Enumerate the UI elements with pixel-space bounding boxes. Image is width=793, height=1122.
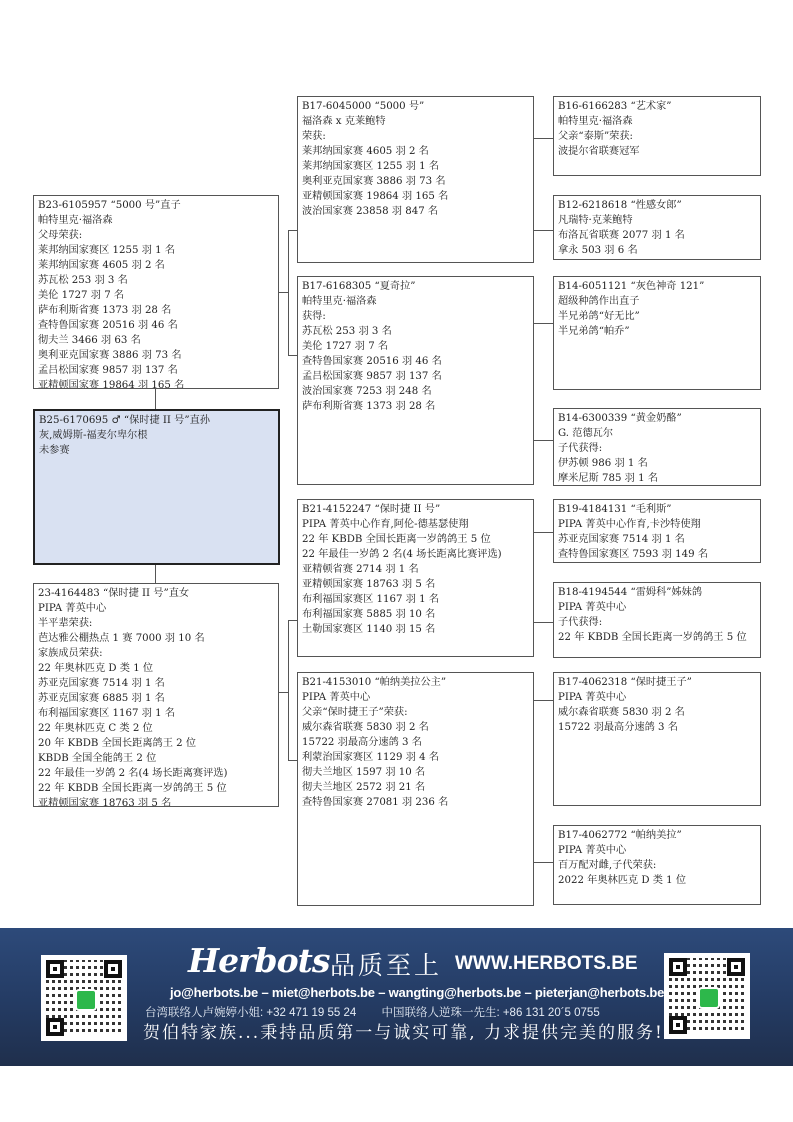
card-line: B19-4184131 “毛利斯” <box>558 502 756 517</box>
connector-ds-to-sire <box>533 532 553 533</box>
card-line: 超级种鸽作出直子 <box>558 294 756 309</box>
sire-dam-card: B17-6168305 “夏奇拉” 帕特里克·福洛森 获得: 苏瓦松 253 羽… <box>297 276 534 485</box>
dam-card: 23-4164483 “保时捷 II 号”直女 PIPA 菁英中心 半平辈荣获:… <box>33 583 279 807</box>
motto: 贺伯特家族...秉持品质第一与诚实可靠, 力求提供完美的服务! <box>143 1018 664 1043</box>
card-line: B17-6168305 “夏奇拉” <box>302 279 529 294</box>
card-line: 亚精顿省赛 2714 羽 1 名 <box>302 562 529 577</box>
connector-sd-to-dam <box>533 440 553 441</box>
card-line: 亚精顿国家赛 19864 羽 165 名 <box>302 189 529 204</box>
sire-sire-card: B17-6045000 “5000 号” 福洛森 x 克莱鲍特 荣获: 莱邦纳国… <box>297 96 534 263</box>
connector-sire-out <box>278 292 288 293</box>
qr-finder <box>669 958 687 976</box>
card-line: 凡瑞特·克莱鲍特 <box>558 213 756 228</box>
card-line: PIPA 菁英中心 <box>558 843 756 858</box>
card-line: 布洛瓦省联赛 2077 羽 1 名 <box>558 228 756 243</box>
card-line: 子代获得: <box>558 441 756 456</box>
card-line: 荣获: <box>302 129 529 144</box>
sire-line: B23-6105957 “5000 号”直子 <box>38 198 274 213</box>
card-line: 莱邦纳国家赛 4605 羽 2 名 <box>302 144 529 159</box>
card-line: B14-6300339 “黄金奶酪” <box>558 411 756 426</box>
dam-line: 22 年最佳一岁鸽 2 名(4 场长距离赛评选) <box>38 766 274 781</box>
connector-ss-to-sire <box>533 138 553 139</box>
card-line: 福洛森 x 克莱鲍特 <box>302 114 529 129</box>
card-line: PIPA 菁英中心 <box>558 690 756 705</box>
sire-line: 奥利亚克国家赛 3886 羽 73 名 <box>38 348 274 363</box>
card-line: 美伦 1727 羽 7 名 <box>302 339 529 354</box>
card-line: 查特鲁国家赛区 7593 羽 149 名 <box>558 547 756 562</box>
card-line: B14-6051121 “灰色神奇 121” <box>558 279 756 294</box>
card-line: B17-6045000 “5000 号” <box>302 99 529 114</box>
ss-sire-card: B16-6166283 “艺术家” 帕特里克·福洛森 父亲“泰斯”荣获: 波提尔… <box>553 96 761 176</box>
card-line: PIPA 菁英中心作育,阿伦-德基瑟使翔 <box>302 517 529 532</box>
card-line: 波治国家赛 7253 羽 248 名 <box>302 384 529 399</box>
card-line: PIPA 菁英中心作育,卡沙特使翔 <box>558 517 756 532</box>
sire-line: 帕特里克·福洛森 <box>38 213 274 228</box>
sire-line: 美伦 1727 羽 7 名 <box>38 288 274 303</box>
email-list[interactable]: jo@herbots.be – miet@herbots.be – wangti… <box>170 985 664 1000</box>
card-line: G. 范德瓦尔 <box>558 426 756 441</box>
card-line: 孟吕松国家赛 9857 羽 137 名 <box>302 369 529 384</box>
card-line: 伊苏顿 986 羽 1 名 <box>558 456 756 471</box>
card-line: 土勒国家赛区 1140 羽 15 名 <box>302 622 529 637</box>
card-line: B21-4152247 “保时捷 II 号” <box>302 502 529 517</box>
wechat-icon <box>698 987 720 1009</box>
line-qr-code[interactable] <box>41 955 127 1041</box>
card-line: B18-4194544 “雷姆科”姊妹鸽 <box>558 585 756 600</box>
connector-dam-out <box>278 692 288 693</box>
connector-dam-branch <box>288 620 289 760</box>
card-line: 波治国家赛 23858 羽 847 名 <box>302 204 529 219</box>
subject-line: B25-6170695 ♂ “保时捷 II 号”直孙 <box>39 413 274 428</box>
card-line: 半兄弟鸽“帕乔” <box>558 324 756 339</box>
connector-dd-to-sire <box>533 700 553 701</box>
card-line: 查特鲁国家赛 27081 羽 236 名 <box>302 795 529 810</box>
slogan: 品质至上 <box>330 946 442 982</box>
dam-line: 亚精顿国家赛 18763 羽 5 名 <box>38 796 274 807</box>
card-line: B16-6166283 “艺术家” <box>558 99 756 114</box>
ds-sire-card: B19-4184131 “毛利斯” PIPA 菁英中心作育,卡沙特使翔 苏亚克国… <box>553 499 761 563</box>
sire-line: 父母荣获: <box>38 228 274 243</box>
connector-sire-branch <box>288 230 289 355</box>
dam-line: 22 年奥林匹克 C 类 2 位 <box>38 721 274 736</box>
connector-ds-to-dam <box>533 622 553 623</box>
dam-line: PIPA 菁英中心 <box>38 601 274 616</box>
qr-finder <box>669 1016 687 1034</box>
connector-dd-to-dam <box>533 862 553 863</box>
sire-line: 孟吕松国家赛 9857 羽 137 名 <box>38 363 274 378</box>
herbots-logo: Herbots <box>188 941 329 980</box>
card-line: 布利福国家赛区 1167 羽 1 名 <box>302 592 529 607</box>
card-line: 布利福国家赛 5885 羽 10 名 <box>302 607 529 622</box>
subject-card: B25-6170695 ♂ “保时捷 II 号”直孙 灰,威姆斯-福麦尔卑尔根 … <box>33 409 280 565</box>
dam-dam-card: B21-4153010 “帕纳美拉公主” PIPA 菁英中心 父亲“保时捷王子”… <box>297 672 534 906</box>
card-line: 百万配对雌,子代荣获: <box>558 858 756 873</box>
qr-finder <box>46 960 64 978</box>
card-line: 获得: <box>302 309 529 324</box>
dd-sire-card: B17-4062318 “保时捷王子” PIPA 菁英中心 威尔森省联赛 583… <box>553 672 761 806</box>
card-line: B17-4062318 “保时捷王子” <box>558 675 756 690</box>
wechat-qr-code[interactable] <box>664 953 750 1039</box>
card-line: 利蒙治国家赛区 1129 羽 4 名 <box>302 750 529 765</box>
card-line: 奥利亚克国家赛 3886 羽 73 名 <box>302 174 529 189</box>
dam-line: 22 年 KBDB 全国长距离一岁鸽鸽王 5 位 <box>38 781 274 796</box>
subject-line: 未参赛 <box>39 443 274 458</box>
connector-dam-to-dd <box>288 760 297 761</box>
qr-finder <box>104 960 122 978</box>
card-line: B17-4062772 “帕纳美拉” <box>558 828 756 843</box>
card-line: 萨布利斯省赛 1373 羽 28 名 <box>302 399 529 414</box>
connector-subject-dam <box>155 564 156 584</box>
card-line: 父亲“保时捷王子”荣获: <box>302 705 529 720</box>
line-icon <box>75 989 97 1011</box>
card-line: 彻夫兰地区 2572 羽 21 名 <box>302 780 529 795</box>
card-line: 半兄弟鸽“好无比” <box>558 309 756 324</box>
ds-dam-card: B18-4194544 “雷姆科”姊妹鸽 PIPA 菁英中心 子代获得: 22 … <box>553 582 761 658</box>
card-line: 15722 羽最高分速鸽 3 名 <box>302 735 529 750</box>
card-line: 威尔森省联赛 5830 羽 2 名 <box>558 705 756 720</box>
connector-dam-to-ds <box>288 620 297 621</box>
qr-finder <box>46 1018 64 1036</box>
sire-line: 查特鲁国家赛 20516 羽 46 名 <box>38 318 274 333</box>
connector-ss-to-dam <box>533 230 553 231</box>
connector-sd-to-sire <box>533 323 553 324</box>
card-line: B12-6218618 “性感女郎” <box>558 198 756 213</box>
card-line: PIPA 菁英中心 <box>558 600 756 615</box>
card-line: 22 年 KBDB 全国长距离一岁鸽鸽王 5 位 <box>302 532 529 547</box>
card-line: 苏瓦松 253 羽 3 名 <box>302 324 529 339</box>
card-line: 查特鲁国家赛 20516 羽 46 名 <box>302 354 529 369</box>
subject-line: 灰,威姆斯-福麦尔卑尔根 <box>39 428 274 443</box>
connector-sire-to-ss <box>288 230 297 231</box>
card-line: 22 年最佳一岁鸽 2 名(4 场长距离比赛评选) <box>302 547 529 562</box>
sd-dam-card: B14-6300339 “黄金奶酪” G. 范德瓦尔 子代获得: 伊苏顿 986… <box>553 408 761 486</box>
website-link[interactable]: WWW.HERBOTS.BE <box>455 953 638 975</box>
dam-line: 苏亚克国家赛 7514 羽 1 名 <box>38 676 274 691</box>
connector-sire-to-sd <box>288 355 297 356</box>
card-line: 父亲“泰斯”荣获: <box>558 129 756 144</box>
ss-dam-card: B12-6218618 “性感女郎” 凡瑞特·克莱鲍特 布洛瓦省联赛 2077 … <box>553 195 761 260</box>
qr-finder <box>727 958 745 976</box>
sire-line: 萨布利斯省赛 1373 羽 28 名 <box>38 303 274 318</box>
card-line: B21-4153010 “帕纳美拉公主” <box>302 675 529 690</box>
dam-line: 芭达雅公棚热点 1 赛 7000 羽 10 名 <box>38 631 274 646</box>
sire-line: 苏瓦松 253 羽 3 名 <box>38 273 274 288</box>
card-line: 亚精顿国家赛 18763 羽 5 名 <box>302 577 529 592</box>
sire-card: B23-6105957 “5000 号”直子 帕特里克·福洛森 父母荣获: 莱邦… <box>33 195 279 389</box>
card-line: 彻夫兰地区 1597 羽 10 名 <box>302 765 529 780</box>
sd-sire-card: B14-6051121 “灰色神奇 121” 超级种鸽作出直子 半兄弟鸽“好无比… <box>553 276 761 390</box>
card-line: 波提尔省联赛冠军 <box>558 144 756 159</box>
sire-line: 莱邦纳国家赛 4605 羽 2 名 <box>38 258 274 273</box>
sire-line: 莱邦纳国家赛区 1255 羽 1 名 <box>38 243 274 258</box>
card-line: 莱邦纳国家赛区 1255 羽 1 名 <box>302 159 529 174</box>
dam-line: KBDB 全国全能鸽王 2 位 <box>38 751 274 766</box>
dam-line: 半平辈荣获: <box>38 616 274 631</box>
card-line: 拿永 503 羽 6 名 <box>558 243 756 258</box>
dam-line: 20 年 KBDB 全国长距离鸽王 2 位 <box>38 736 274 751</box>
dam-line: 家族成员荣获: <box>38 646 274 661</box>
dam-line: 布利福国家赛区 1167 羽 1 名 <box>38 706 274 721</box>
sire-line: 亚精顿国家赛 19864 羽 165 名 <box>38 378 274 389</box>
card-line: 苏亚克国家赛 7514 羽 1 名 <box>558 532 756 547</box>
dam-line: 苏亚克国家赛 6885 羽 1 名 <box>38 691 274 706</box>
card-line: 子代获得: <box>558 615 756 630</box>
card-line: 摩米尼斯 785 羽 1 名 <box>558 471 756 486</box>
dd-dam-card: B17-4062772 “帕纳美拉” PIPA 菁英中心 百万配对雌,子代荣获:… <box>553 825 761 905</box>
card-line: PIPA 菁英中心 <box>302 690 529 705</box>
dam-line: 23-4164483 “保时捷 II 号”直女 <box>38 586 274 601</box>
card-line: 15722 羽最高分速鸽 3 名 <box>558 720 756 735</box>
card-line: 威尔森省联赛 5830 羽 2 名 <box>302 720 529 735</box>
card-line: 2022 年奥林匹克 D 类 1 位 <box>558 873 756 888</box>
card-line: 帕特里克·福洛森 <box>302 294 529 309</box>
dam-line: 22 年奥林匹克 D 类 1 位 <box>38 661 274 676</box>
sire-line: 彻夫兰 3466 羽 63 名 <box>38 333 274 348</box>
card-line: 帕特里克·福洛森 <box>558 114 756 129</box>
connector-subject-sire <box>155 389 156 410</box>
card-line: 22 年 KBDB 全国长距离一岁鸽鸽王 5 位 <box>558 630 756 645</box>
dam-sire-card: B21-4152247 “保时捷 II 号” PIPA 菁英中心作育,阿伦-德基… <box>297 499 534 657</box>
